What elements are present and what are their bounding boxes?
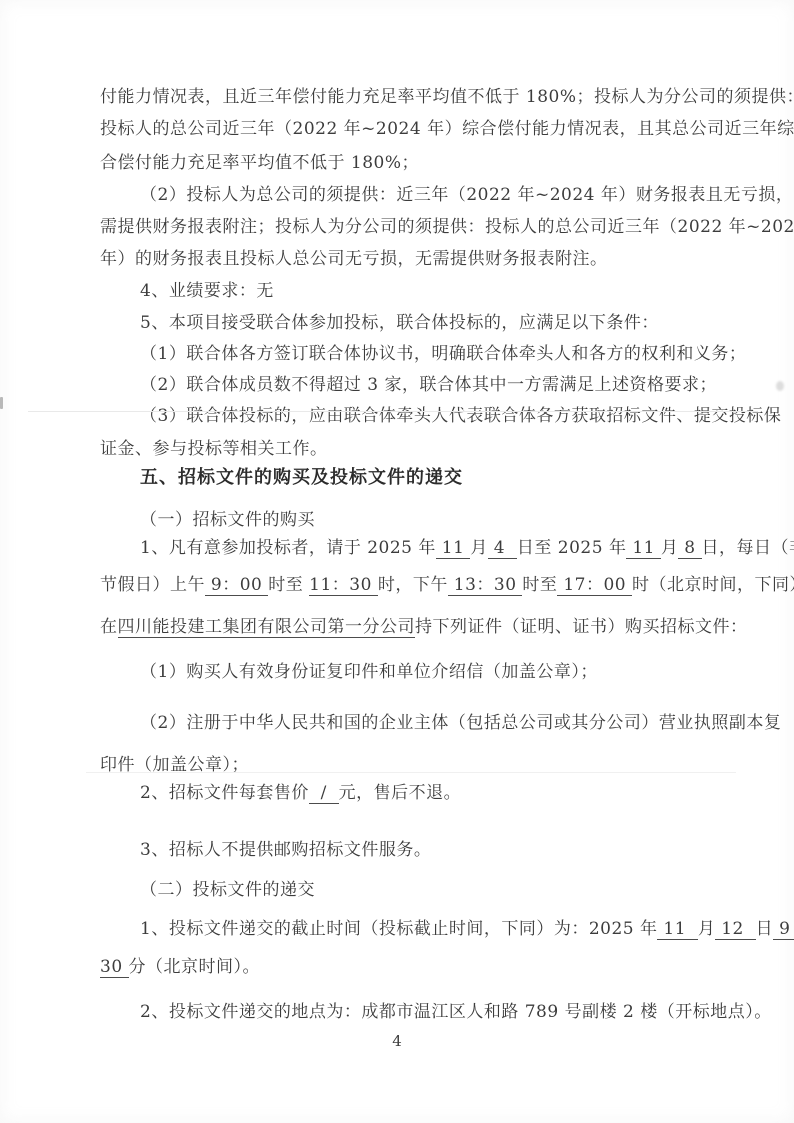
- line-text: （3）联合体投标的，应由联合体牵头人代表联合体各方获取招标文件、提交投标保: [140, 406, 781, 426]
- text-line: 证金、参与投标等相关工作。: [100, 437, 722, 461]
- filled-blank-month: 11: [626, 538, 660, 559]
- filled-blank-minute: 30: [100, 957, 129, 978]
- scan-artifact-line: [86, 772, 736, 773]
- text-line: 在四川能投建工集团有限公司第一分公司持下列证件（证明、证书）购买招标文件：: [100, 615, 722, 639]
- line-text: 日，每日（非: [702, 538, 794, 558]
- line-text: 元，售后不退。: [339, 783, 462, 803]
- filled-blank-time: 11：30: [309, 575, 378, 596]
- line-text: （1）联合体各方签订联合体协议书，明确联合体牵头人和各方的权利和义务；: [140, 344, 746, 364]
- line-text: 合偿付能力充足率平均值不低于 180%；: [100, 153, 419, 173]
- text-line: 年）的财务报表且投标人总公司无亏损，无需提供财务报表附注。: [100, 247, 722, 271]
- line-text: 付能力情况表，且近三年偿付能力充足率平均值不低于 180%；投标人为分公司的须提…: [100, 87, 794, 107]
- line-text: 时至: [522, 575, 557, 595]
- filled-blank-price: /: [309, 783, 339, 804]
- text-line: 节假日）上午 9：00 时至 11：30 时，下午 13：30 时至 17：00…: [100, 573, 722, 597]
- text-line: 需提供财务报表附注；投标人为分公司的须提供：投标人的总公司近三年（2022 年~…: [100, 215, 722, 239]
- filled-blank-day: 12: [715, 919, 755, 940]
- line-text: 节假日）上午: [100, 575, 205, 595]
- line-text: （2）投标人为总公司的须提供：近三年（2022 年~2024 年）财务报表且无亏…: [140, 185, 794, 205]
- document-page: 付能力情况表，且近三年偿付能力充足率平均值不低于 180%；投标人为分公司的须提…: [0, 0, 794, 1123]
- line-text: 年）的财务报表且投标人总公司无亏损，无需提供财务报表附注。: [100, 249, 608, 269]
- filled-blank-hour: 9: [773, 919, 794, 940]
- company-name-underlined: 四川能投建工集团有限公司第一分公司: [118, 617, 416, 638]
- line-text: 2、投标文件递交的地点为：成都市温江区人和路 789 号副楼 2 楼（开标地点）…: [140, 1002, 772, 1022]
- line-text: （1）购买人有效身份证复印件和单位介绍信（加盖公章）；: [140, 662, 598, 682]
- line-text: 证金、参与投标等相关工作。: [100, 439, 328, 459]
- line-text: 4、业绩要求：无: [140, 281, 274, 301]
- scan-artifact-speck: [0, 397, 3, 409]
- line-text: 在: [100, 617, 118, 637]
- text-line: 付能力情况表，且近三年偿付能力充足率平均值不低于 180%；投标人为分公司的须提…: [100, 85, 722, 109]
- scan-artifact-smudge: [776, 381, 784, 391]
- text-line: 30 分（北京时间）。: [100, 955, 722, 979]
- filled-blank-day: 8: [678, 538, 701, 559]
- line-text: 时（北京时间，下同），: [632, 575, 794, 595]
- line-text: 时，下午: [378, 575, 448, 595]
- section-heading: 五、招标文件的购买及投标文件的递交: [100, 466, 722, 490]
- text-line: （2）投标人为总公司的须提供：近三年（2022 年~2024 年）财务报表且无亏…: [100, 183, 722, 207]
- line-text: （一）招标文件的购买: [140, 510, 315, 530]
- line-text: 持下列证件（证明、证书）购买招标文件：: [415, 617, 748, 637]
- text-line: （3）联合体投标的，应由联合体牵头人代表联合体各方获取招标文件、提交投标保: [100, 404, 722, 428]
- line-text: 1、凡有意参加投标者，请于 2025 年: [140, 538, 436, 558]
- text-line: （1）联合体各方签订联合体协议书，明确联合体牵头人和各方的权利和义务；: [100, 342, 722, 366]
- line-text: 3、招标人不提供邮购招标文件服务。: [140, 840, 431, 860]
- line-text: 1、投标文件递交的截止时间（投标截止时间，下同）为：2025 年: [140, 919, 657, 939]
- filled-blank-month: 11: [657, 919, 697, 940]
- line-text: （二）投标文件的递交: [140, 880, 315, 900]
- line-text: 日至 2025 年: [517, 538, 627, 558]
- filled-blank-time: 17：00: [557, 575, 632, 596]
- text-line: （2）注册于中华人民共和国的企业主体（包括总公司或其分公司）营业执照副本复: [100, 711, 722, 735]
- subsection-heading: （一）招标文件的购买: [100, 508, 722, 532]
- subsection-heading: （二）投标文件的递交: [100, 878, 722, 902]
- text-line: 2、招标文件每套售价 / 元，售后不退。: [100, 781, 722, 805]
- filled-blank-day: 4: [488, 538, 517, 559]
- line-text: 月: [661, 538, 679, 558]
- scan-artifact-line: [28, 411, 758, 412]
- text-line: 5、本项目接受联合体参加投标，联合体投标的，应满足以下条件：: [100, 311, 722, 335]
- text-line: 投标人的总公司近三年（2022 年~2024 年）综合偿付能力情况表，且其总公司…: [100, 117, 722, 141]
- line-text: （2）联合体成员数不得超过 3 家，联合体其中一方需满足上述资格要求；: [140, 375, 717, 395]
- line-text: 投标人的总公司近三年（2022 年~2024 年）综合偿付能力情况表，且其总公司…: [100, 119, 794, 139]
- heading-text: 五、招标文件的购买及投标文件的递交: [140, 467, 463, 488]
- page-number: 4: [0, 1032, 794, 1050]
- text-line: （1）购买人有效身份证复印件和单位介绍信（加盖公章）；: [100, 660, 722, 684]
- filled-blank-month: 11: [436, 538, 470, 559]
- line-text: 5、本项目接受联合体参加投标，联合体投标的，应满足以下条件：: [140, 313, 659, 333]
- line-text: 需提供财务报表附注；投标人为分公司的须提供：投标人的总公司近三年（2022 年~…: [100, 217, 794, 237]
- text-line: 4、业绩要求：无: [100, 279, 722, 303]
- filled-blank-time: 9：00: [205, 575, 268, 596]
- line-text: 月: [470, 538, 488, 558]
- filled-blank-time: 13：30: [448, 575, 523, 596]
- line-text: 2、招标文件每套售价: [140, 783, 309, 803]
- text-line: 1、投标文件递交的截止时间（投标截止时间，下同）为：2025 年 11 月 12…: [100, 917, 722, 941]
- text-line: 印件（加盖公章）；: [100, 753, 722, 777]
- text-line: 3、招标人不提供邮购招标文件服务。: [100, 838, 722, 862]
- line-text: 日: [756, 919, 774, 939]
- text-line: 1、凡有意参加投标者，请于 2025 年 11 月 4 日至 2025 年 11…: [100, 536, 722, 560]
- line-text: 月: [698, 919, 716, 939]
- text-line: 2、投标文件递交的地点为：成都市温江区人和路 789 号副楼 2 楼（开标地点）…: [100, 1000, 722, 1024]
- line-text: 时至: [268, 575, 309, 595]
- text-line: 合偿付能力充足率平均值不低于 180%；: [100, 151, 722, 175]
- line-text: （2）注册于中华人民共和国的企业主体（包括总公司或其分公司）营业执照副本复: [140, 713, 781, 733]
- line-text: 分（北京时间）。: [129, 957, 261, 977]
- text-line: （2）联合体成员数不得超过 3 家，联合体其中一方需满足上述资格要求；: [100, 373, 722, 397]
